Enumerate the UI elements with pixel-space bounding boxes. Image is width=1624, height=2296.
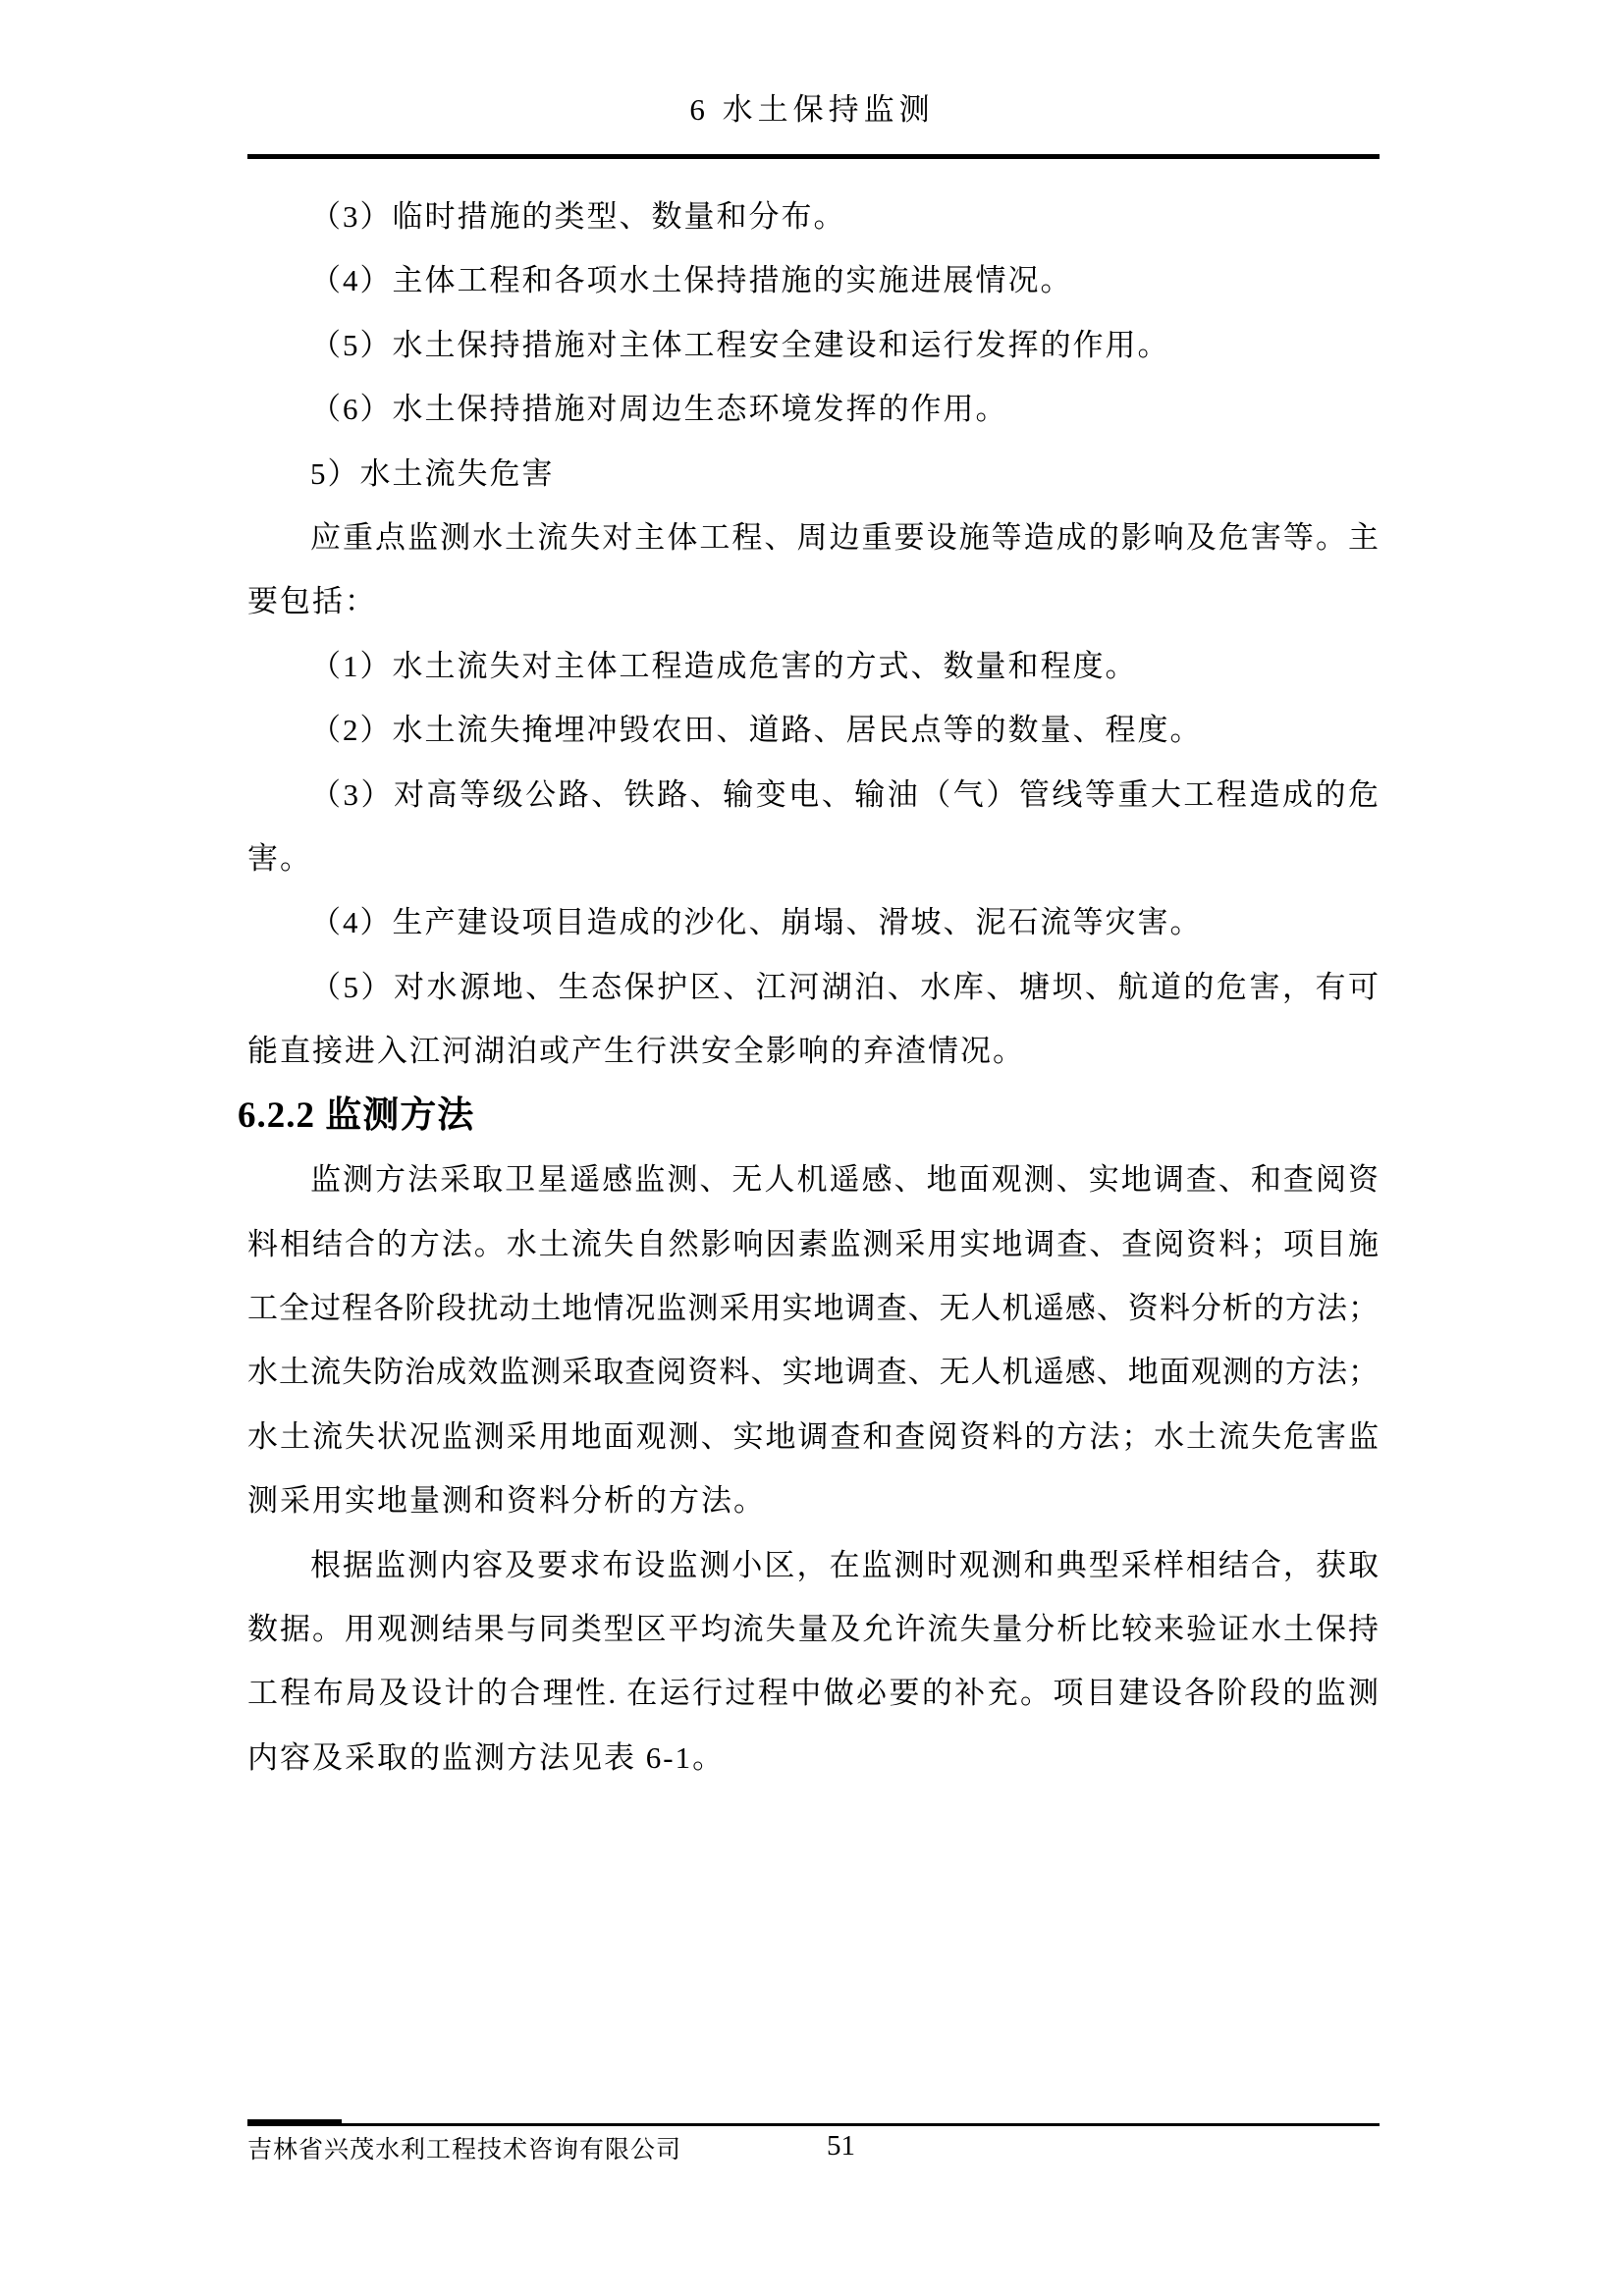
footer-company-name: 吉林省兴茂水利工程技术咨询有限公司 [247,2130,681,2165]
page-header-title: 6 水土保持监测 [0,84,1624,129]
text-line: 数据。用观测结果与同类型区平均流失量及允许流失量分析比较来验证水土保持 [247,1597,1380,1661]
text-line: （3）临时措施的类型、数量和分布。 [247,185,1380,248]
text-line: （5）水土保持措施对主体工程安全建设和运行发挥的作用。 [247,313,1380,377]
text-line: （4）生产建设项目造成的沙化、崩塌、滑坡、泥石流等灾害。 [247,890,1380,954]
text-line: （1）水土流失对主体工程造成危害的方式、数量和程度。 [247,634,1380,698]
text-line: 工程布局及设计的合理性. 在运行过程中做必要的补充。项目建设各阶段的监测 [247,1661,1380,1725]
text-line: 应重点监测水土流失对主体工程、周边重要设施等造成的影响及危害等。主 [247,506,1380,569]
footer-rule [247,2123,1380,2126]
document-page: 6 水土保持监测 （3）临时措施的类型、数量和分布。 （4）主体工程和各项水土保… [0,0,1624,2296]
page-number: 51 [827,2130,855,2163]
text-line: 水土流失状况监测采用地面观测、实地调查和查阅资料的方法；水土流失危害监 [247,1405,1380,1468]
text-line: 害。 [247,827,1380,890]
text-line: 水土流失防治成效监测采取查阅资料、实地调查、无人机遥感、地面观测的方法； [247,1340,1380,1404]
text-line: （6）水土保持措施对周边生态环境发挥的作用。 [247,377,1380,441]
header-rule [247,154,1380,159]
text-line: （2）水土流失掩埋冲毁农田、道路、居民点等的数量、程度。 [247,698,1380,762]
text-line: 5）水土流失危害 [247,442,1380,506]
page-body: （3）临时措施的类型、数量和分布。 （4）主体工程和各项水土保持措施的实施进展情… [247,185,1380,1789]
footer-rule-thick-segment [247,2119,342,2126]
text-line: 要包括： [247,569,1380,633]
text-line: （3）对高等级公路、铁路、输变电、输油（气）管线等重大工程造成的危 [247,763,1380,827]
text-line: 监测方法采取卫星遥感监测、无人机遥感、地面观测、实地调查、和查阅资 [247,1148,1380,1211]
section-heading: 6.2.2 监测方法 [238,1084,1380,1148]
text-line: 根据监测内容及要求布设监测小区，在监测时观测和典型采样相结合，获取 [247,1533,1380,1597]
text-line: （4）主体工程和各项水土保持措施的实施进展情况。 [247,248,1380,312]
text-line: （5）对水源地、生态保护区、江河湖泊、水库、塘坝、航道的危害，有可 [247,955,1380,1019]
text-line: 内容及采取的监测方法见表 6-1。 [247,1726,1380,1789]
text-line: 能直接进入江河湖泊或产生行洪安全影响的弃渣情况。 [247,1019,1380,1083]
text-line: 料相结合的方法。水土流失自然影响因素监测采用实地调查、查阅资料；项目施 [247,1212,1380,1276]
text-line: 测采用实地量测和资料分析的方法。 [247,1468,1380,1532]
text-line: 工全过程各阶段扰动土地情况监测采用实地调查、无人机遥感、资料分析的方法； [247,1276,1380,1340]
